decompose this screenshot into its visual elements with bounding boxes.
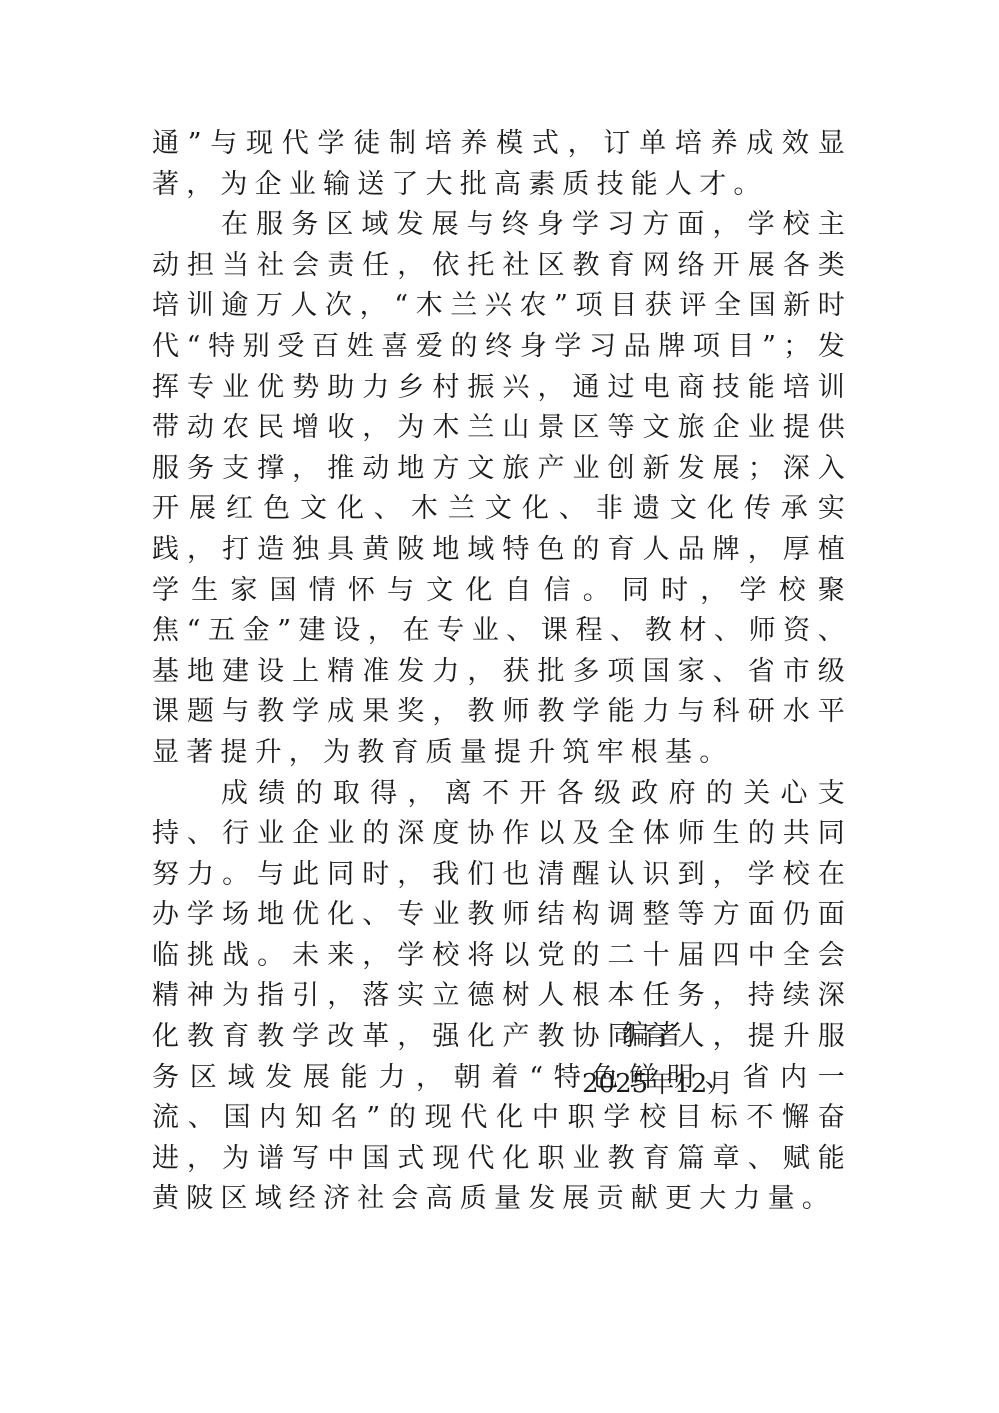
signature-date: 2025年12月 [582,1063,733,1100]
paragraph-regional-service: 在服务区域发展与终身学习方面，学校主动担当社会责任，依托社区教育网络开展各类培训… [152,205,852,773]
signature-author: 编者 [622,1013,688,1052]
paragraph-continuation: 通”与现代学徒制培养模式，订单培养成效显著，为企业输送了大批高素质技能人才。 [152,124,852,205]
document-page: 通”与现代学徒制培养模式，订单培养成效显著，为企业输送了大批高素质技能人才。 在… [0,0,999,1413]
paragraph-outlook: 成绩的取得，离不开各级政府的关心支持、行业企业的深度协作以及全体师生的共同努力。… [152,774,852,1221]
document-body: 通”与现代学徒制培养模式，订单培养成效显著，为企业输送了大批高素质技能人才。 在… [152,124,852,1220]
